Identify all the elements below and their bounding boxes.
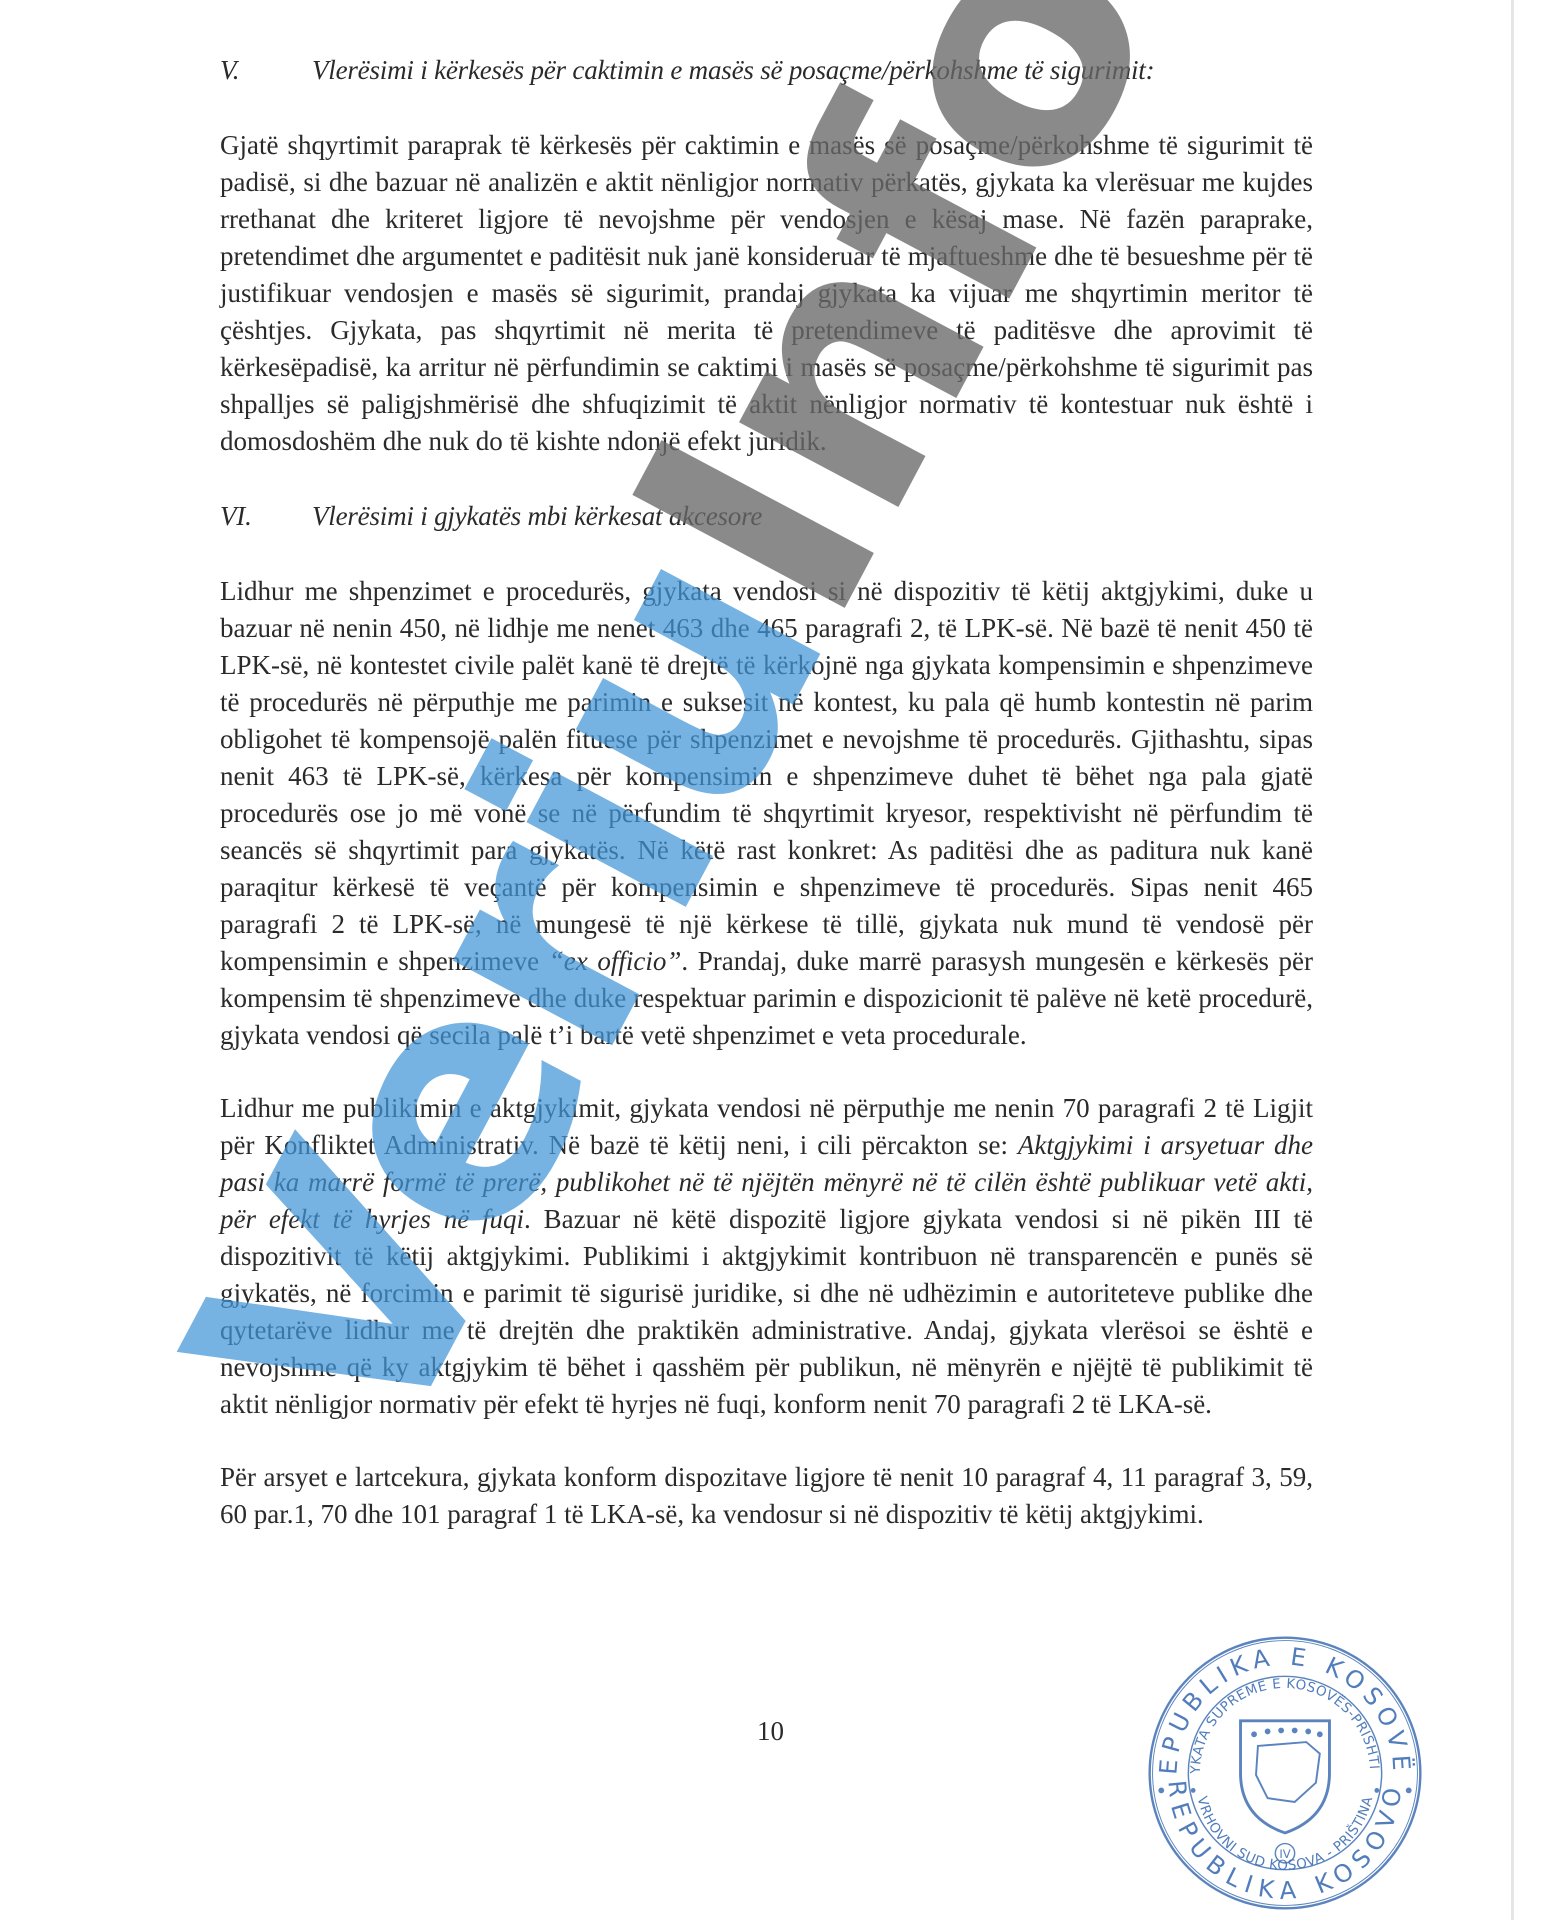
page-edge-divider <box>1511 0 1514 1920</box>
section-heading-vi: VI. Vlerësimi i gjykatës mbi kërkesat ak… <box>220 498 1313 535</box>
court-seal-stamp: REPUBLIKA E KOSOVËS REPUBLIKA KOSOVO GJY… <box>1140 1628 1430 1918</box>
paragraph-publication: Lidhur me publikimin e aktgjykimit, gjyk… <box>220 1090 1313 1423</box>
text-run: Lidhur me shpenzimet e procedurës, gjyka… <box>220 576 1313 976</box>
section-number: V. <box>220 52 312 89</box>
section-heading-v: V. Vlerësimi i kërkesës për caktimin e m… <box>220 52 1313 89</box>
section-title: Vlerësimi i kërkesës për caktimin e masë… <box>312 52 1154 89</box>
court-seal-icon: REPUBLIKA E KOSOVËS REPUBLIKA KOSOVO GJY… <box>1140 1628 1430 1918</box>
paragraph-provisional-measure: Gjatë shqyrtimit paraprak të kërkesës pë… <box>220 127 1313 460</box>
svg-text:IV: IV <box>1279 1847 1290 1861</box>
paragraph-procedure-costs: Lidhur me shpenzimet e procedurës, gjyka… <box>220 573 1313 1054</box>
paragraph-conclusion: Për arsyet e lartcekura, gjykata konform… <box>220 1459 1313 1533</box>
page-number-text: 10 <box>757 1716 784 1746</box>
section-number: VI. <box>220 498 312 535</box>
document-body: V. Vlerësimi i kërkesës për caktimin e m… <box>220 52 1313 1533</box>
text-run: . Bazuar në këtë dispozitë ligjore gjyka… <box>220 1204 1313 1419</box>
section-title: Vlerësimi i gjykatës mbi kërkesat akceso… <box>312 498 762 535</box>
text-run-italic: “ex officio” <box>549 946 682 976</box>
